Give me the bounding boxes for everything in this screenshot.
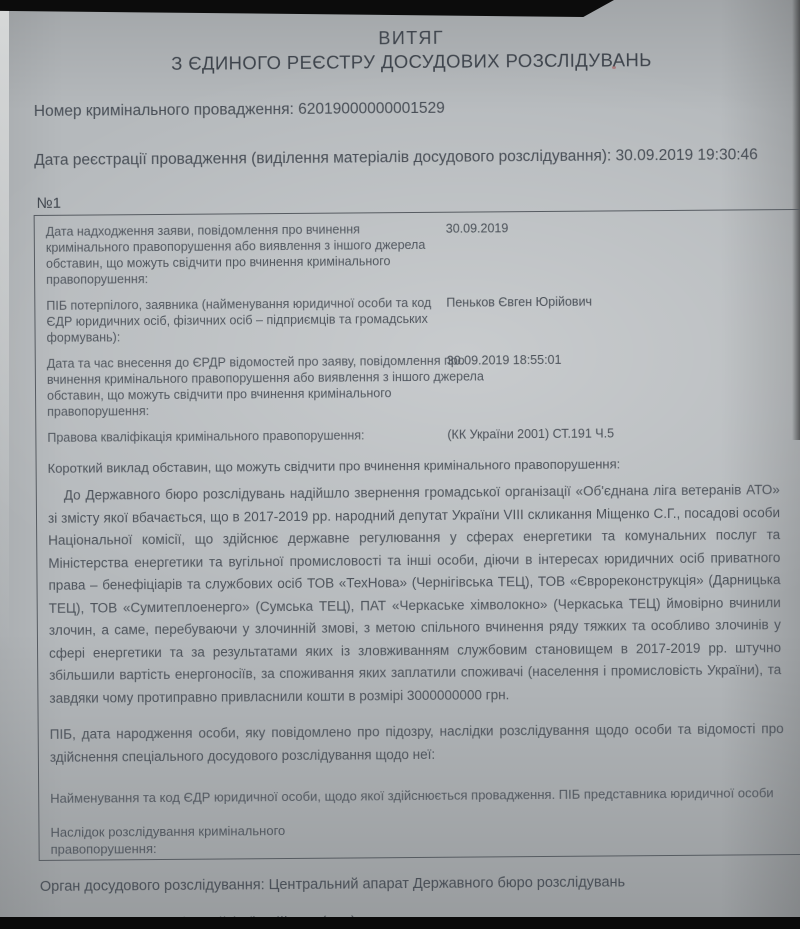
case-number-value: 62019000000001529 (298, 100, 445, 118)
details-table: Дата надходження заяви, повідомлення про… (34, 209, 800, 861)
authority-line: Орган досудового розслідування: Централь… (40, 871, 796, 897)
summary-heading: Короткий виклад обставин, що можуть свід… (48, 454, 782, 477)
title-registry: З ЄДИНОГО РЕЄСТРУ ДОСУДОВИХ РОЗСЛІДУВАНЬ (33, 47, 789, 77)
left-edge-strip (0, 0, 9, 650)
document-photo: ВИТЯГ З ЄДИНОГО РЕЄСТРУ ДОСУДОВИХ РОЗСЛІ… (0, 0, 800, 929)
table-row-legal-qualification: Правова кваліфікація кримінального право… (47, 424, 781, 446)
legal-entity-paragraph: Найменування та код ЄДР юридичної особи,… (50, 785, 784, 807)
table-row-received-date: Дата надходження заяви, повідомлення про… (46, 218, 780, 288)
case-number-line: Номер кримінального провадження: 6201900… (34, 97, 790, 121)
row-value: 30.09.2019 18:55:01 (447, 352, 562, 369)
registration-date-line: Дата реєстрації провадження (виділення м… (34, 145, 778, 171)
row-label: Правова кваліфікація кримінального право… (47, 427, 439, 446)
row-label: Дата надходження заяви, повідомлення про… (46, 221, 438, 288)
case-number-label: Номер кримінального провадження: (34, 101, 294, 120)
suspect-info-paragraph: ПІБ, дата народження особи, яку повідомл… (50, 718, 784, 769)
table-row-victim-name: ПІБ потерпілого, заявника (найменування … (46, 292, 780, 346)
investigation-result-paragraph: Наслідок розслідування кримінального пра… (50, 822, 360, 857)
row-value: 30.09.2019 (446, 220, 509, 236)
row-label: ПІБ потерпілого, заявника (найменування … (46, 295, 446, 346)
record-number: №1 (36, 189, 790, 212)
document-body: ВИТЯГ З ЄДИНОГО РЕЄСТРУ ДОСУДОВИХ РОЗСЛІ… (33, 23, 796, 929)
row-value: (КК України 2001) СТ.191 Ч.5 (447, 425, 614, 442)
document-title: ВИТЯГ З ЄДИНОГО РЕЄСТРУ ДОСУДОВИХ РОЗСЛІ… (33, 23, 789, 77)
row-label: Дата та час внесення до ЄРДР відомостей … (47, 352, 493, 420)
summary-paragraph: До Державного бюро розслідувань надійшло… (48, 479, 784, 710)
row-value: Пеньков Євген Юрійович (446, 294, 592, 311)
table-row-erdr-entry: Дата та час внесення до ЄРДР відомостей … (47, 350, 781, 420)
bottom-edge-bar (0, 917, 800, 929)
